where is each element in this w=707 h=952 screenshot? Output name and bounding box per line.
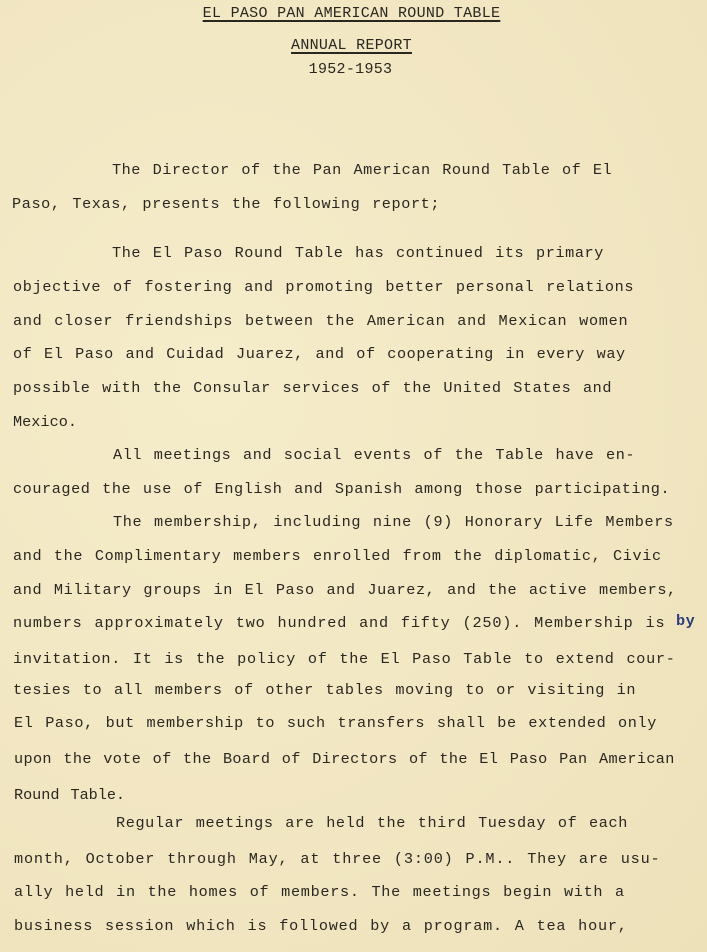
text-line: month, October through May, at three (3:… bbox=[14, 850, 660, 868]
handwritten-insert: by bbox=[676, 612, 695, 630]
text-line: upon the vote of the Board of Directors … bbox=[14, 750, 675, 768]
text-line: couraged the use of English and Spanish … bbox=[13, 480, 670, 498]
text-line: Paso, Texas, presents the following repo… bbox=[12, 195, 440, 213]
text-line: Regular meetings are held the third Tues… bbox=[116, 814, 628, 832]
text-line: and Military groups in El Paso and Juare… bbox=[13, 581, 677, 599]
text-line: business session which is followed by a … bbox=[14, 917, 628, 935]
text-line: and closer friendships between the Ameri… bbox=[13, 312, 628, 330]
document-subtitle: ANNUAL REPORT bbox=[0, 37, 705, 54]
text-line: The El Paso Round Table has continued it… bbox=[112, 244, 604, 262]
text-line: All meetings and social events of the Ta… bbox=[113, 446, 635, 464]
text-line: possible with the Consular services of t… bbox=[13, 379, 612, 397]
text-line: and the Complimentary members enrolled f… bbox=[13, 547, 662, 565]
text-line: ally held in the homes of members. The m… bbox=[14, 883, 625, 901]
document-years: 1952-1953 bbox=[0, 61, 704, 78]
text-line: tesies to all members of other tables mo… bbox=[13, 681, 636, 699]
text-line: The membership, including nine (9) Honor… bbox=[113, 513, 674, 531]
text-line: The Director of the Pan American Round T… bbox=[112, 161, 612, 179]
text-line: El Paso, but membership to such transfer… bbox=[14, 714, 657, 732]
text-line: numbers approximately two hundred and fi… bbox=[13, 614, 665, 632]
document-title-text: EL PASO PAN AMERICAN ROUND TABLE bbox=[203, 5, 501, 22]
text-line: invitation. It is the policy of the El P… bbox=[13, 650, 676, 668]
document-subtitle-text: ANNUAL REPORT bbox=[291, 37, 412, 54]
text-line: Mexico. bbox=[13, 413, 77, 431]
text-line: Round Table. bbox=[14, 786, 125, 804]
text-line: of El Paso and Cuidad Juarez, and of coo… bbox=[13, 345, 626, 363]
document-title: EL PASO PAN AMERICAN ROUND TABLE bbox=[0, 5, 705, 22]
text-line: objective of fostering and promoting bet… bbox=[13, 278, 634, 296]
typed-document-page: EL PASO PAN AMERICAN ROUND TABLE ANNUAL … bbox=[0, 0, 707, 952]
